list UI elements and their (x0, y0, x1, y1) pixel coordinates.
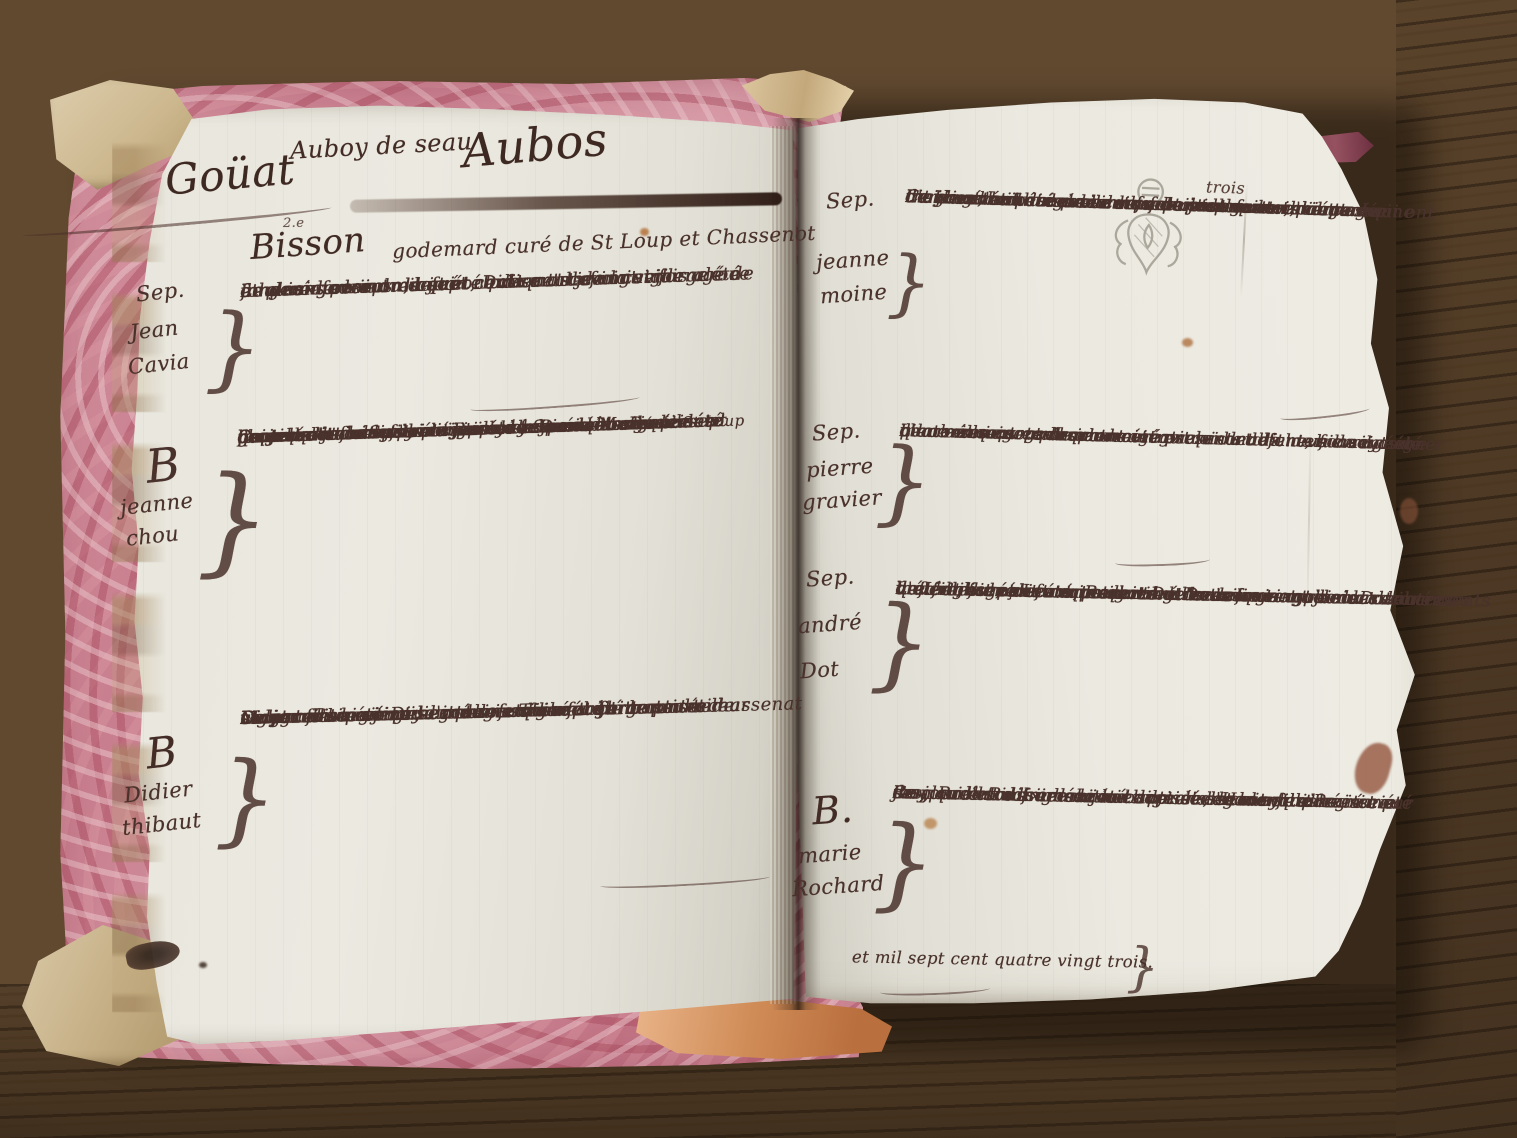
photo-scene: Goüat Auboy de seau Aubos 2.e Bisson god… (0, 0, 1517, 1138)
margin-brace: } (204, 294, 263, 401)
edge-stain (1400, 498, 1418, 524)
margin-label: andré (797, 610, 862, 638)
margin-label: moine (819, 280, 888, 309)
margin-brace: } (214, 740, 278, 857)
margin-label: Sep. (805, 564, 855, 591)
margin-brace: } (872, 804, 936, 921)
margin-label: Sep. (811, 418, 861, 445)
foxing-spot (1182, 338, 1193, 347)
title-name: Bisson (249, 220, 367, 268)
margin-label: Sep. (135, 278, 186, 307)
margin-label: Jean (129, 316, 180, 345)
margin-label: Dot (799, 657, 840, 684)
margin-label: B. (811, 787, 855, 834)
margin-brace: } (196, 450, 271, 588)
margin-label: jeanne (815, 245, 890, 274)
margin-label: Sep. (825, 186, 875, 213)
margin-label: marie (797, 840, 862, 868)
margin-label: B (144, 727, 180, 779)
margin-label: B (143, 436, 183, 493)
margin-brace: } (886, 240, 932, 324)
footer-brace: } (1126, 938, 1159, 998)
ink-dot (199, 962, 207, 968)
left-page-torn-edge (112, 112, 176, 1042)
margin-label: pierre (805, 454, 874, 483)
